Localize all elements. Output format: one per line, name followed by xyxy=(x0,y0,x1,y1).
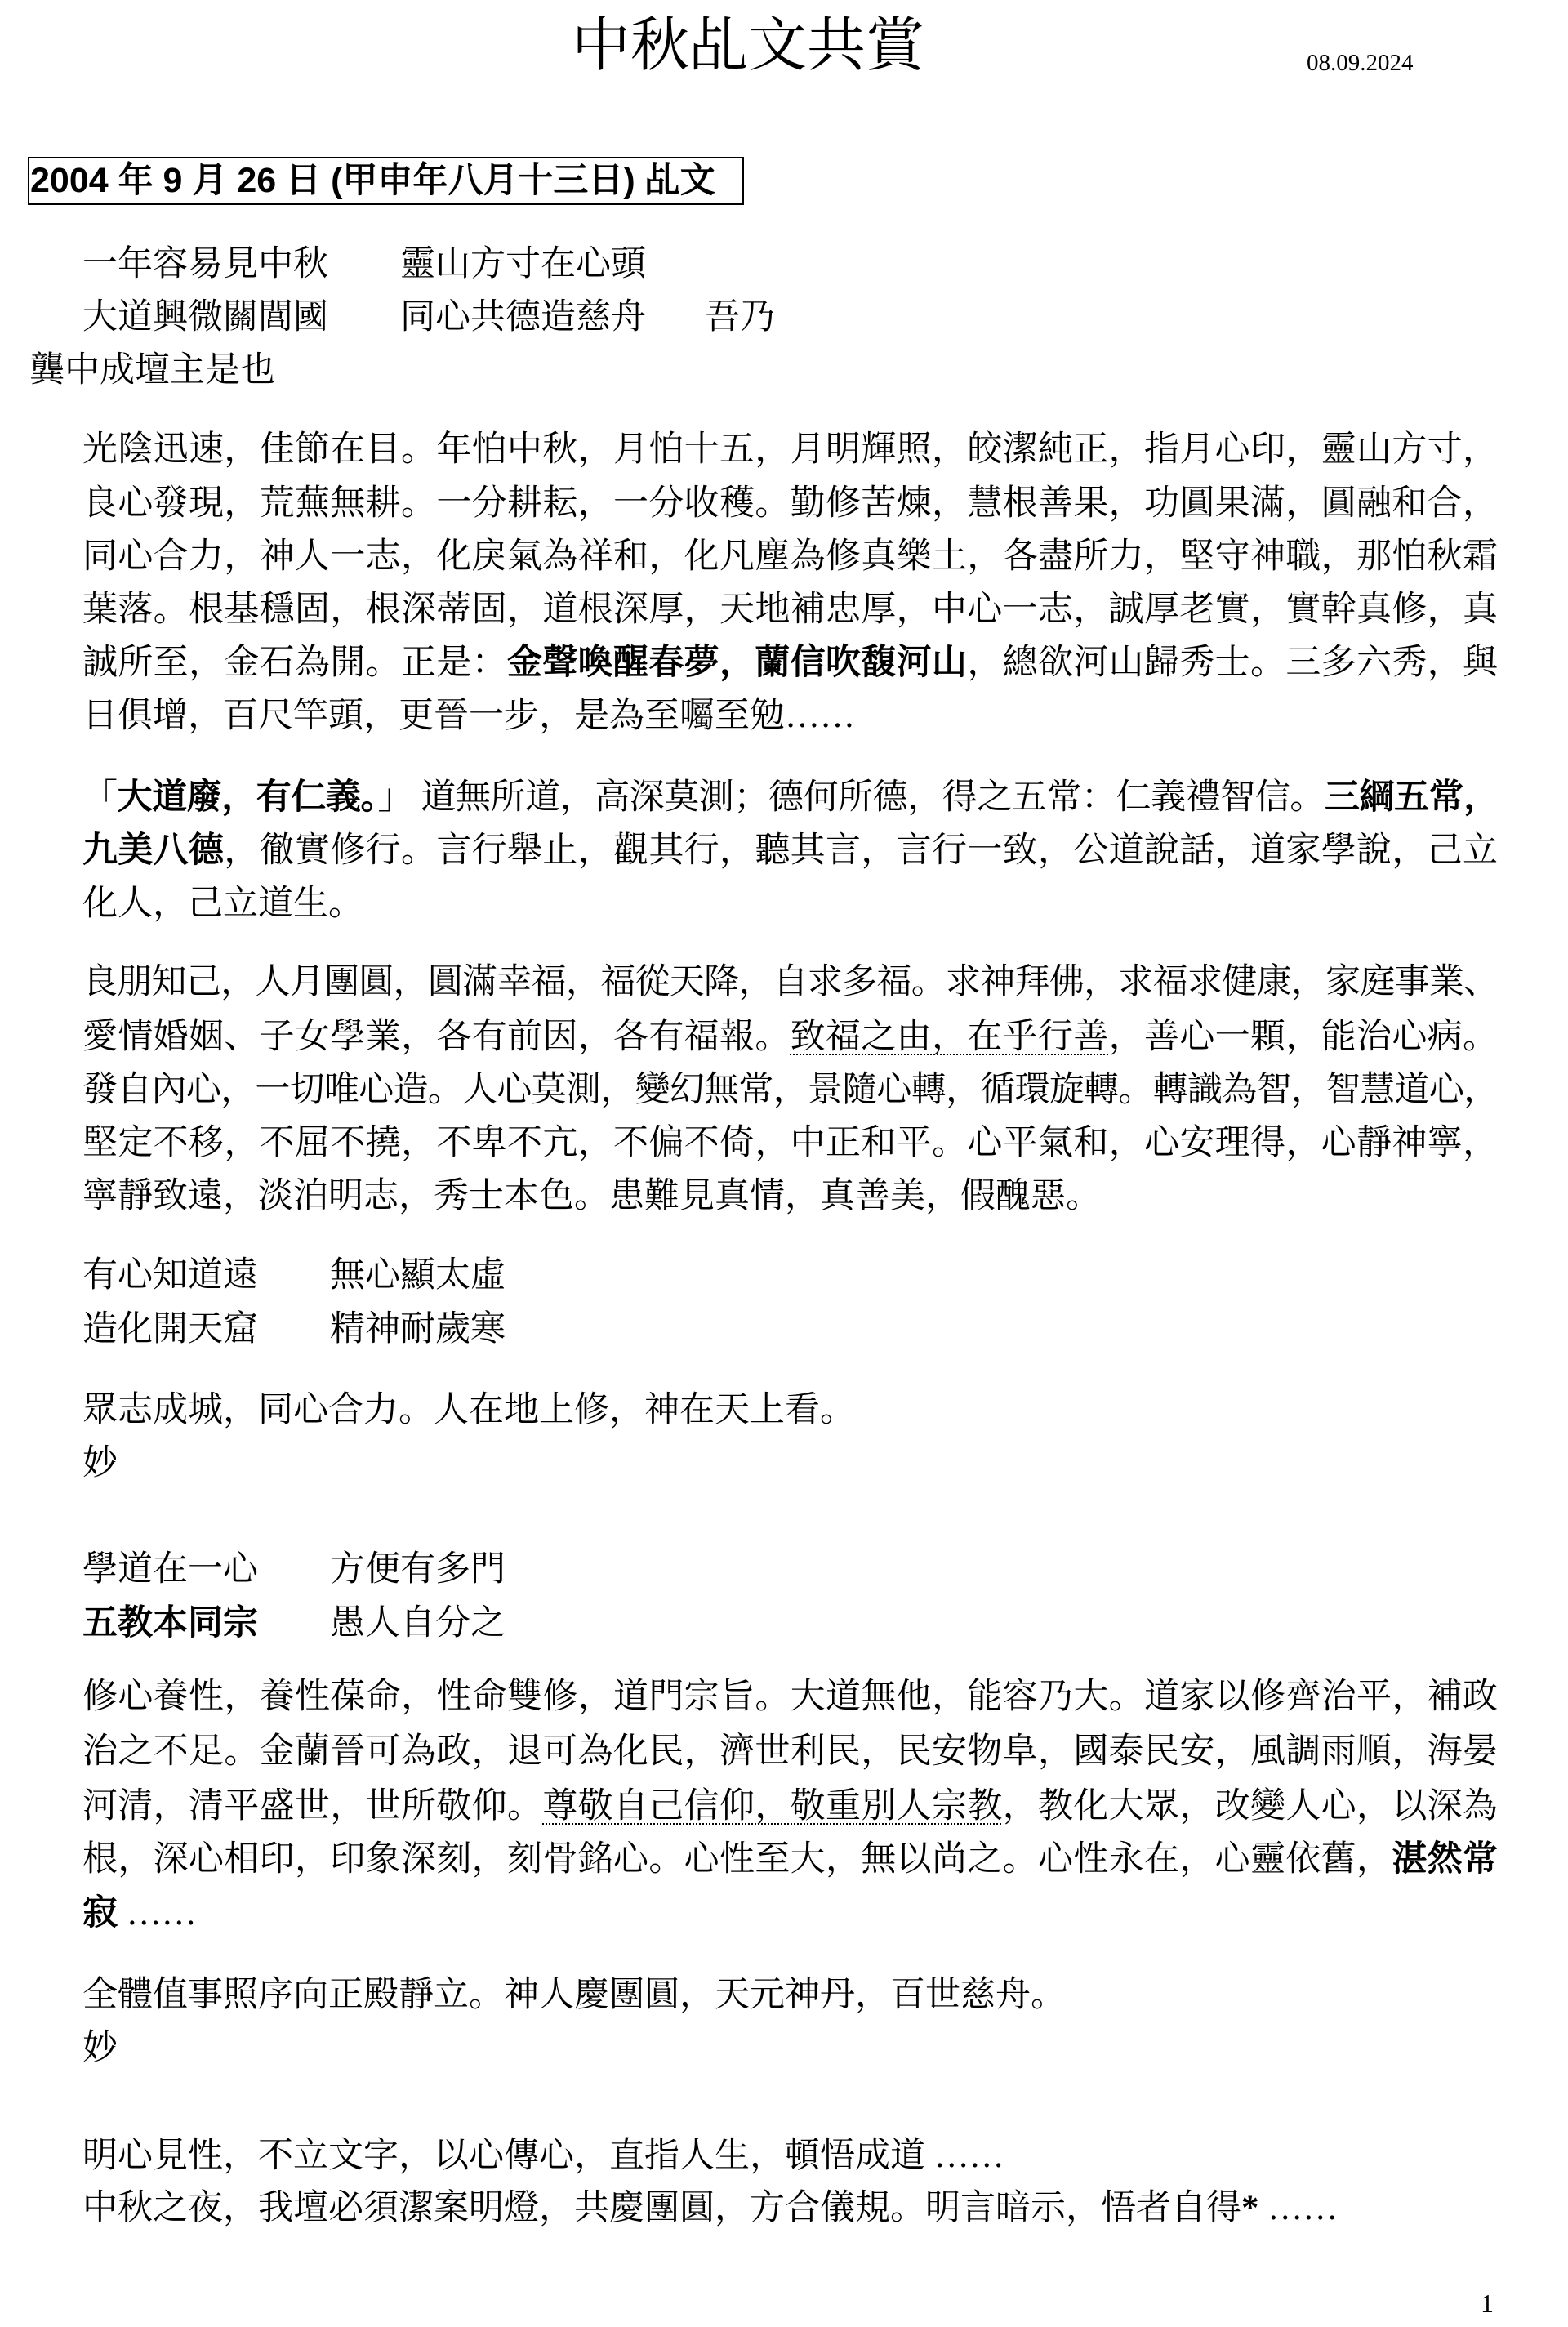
paragraph-line: 誠所至，金石為開。正是：金聲喚醒春夢，蘭信吹馥河山，總欲河山歸秀士。三多六秀，與 xyxy=(82,637,1498,689)
poem-line-right: 精神耐歲寒 xyxy=(330,1304,506,1356)
paragraph-line: 葉落。根基穩固，根深蒂固，道根深厚，天地補忠厚，中心一志，誠厚老實，實幹真修，真 xyxy=(82,584,1498,636)
poem-line-right: 方便有多門 xyxy=(330,1544,506,1596)
text-run: 發自內心，一切唯心造。人心莫測，變幻無常，景隨心轉，循環旋轉。轉識為智，智慧道心… xyxy=(82,1071,1498,1109)
paragraph-line: 修心養性，養性葆命，性命雙修，道門宗旨。大道無他，能容乃大。道家以修齊治平，補政 xyxy=(82,1671,1498,1723)
paragraph-line: 明心見性，不立文字，以心傳心，直指人生，頓悟成道 …… xyxy=(82,2130,1498,2182)
text-run: 化人，己立道生。 xyxy=(82,885,363,923)
paragraph-line: 日俱增，百尺竿頭，更晉一步，是為至囑至勉…… xyxy=(82,690,1498,742)
paragraph-line: 光陰迅速，佳節在目。年怕中秋，月怕十五，月明輝照，皎潔純正，指月心印，靈山方寸， xyxy=(82,424,1498,476)
text-run: 明心見性，不立文字，以心傳心，直指人生，頓悟成道 …… xyxy=(82,2137,1004,2175)
poem-line-right: 無心顯太虛 xyxy=(330,1250,506,1302)
text-run: ，教化大眾，改變人心，以深為 xyxy=(1003,1787,1498,1825)
paragraph-line: 寧靜致遠，淡泊明志，秀士本色。患難見真情，真善美，假醜惡。 xyxy=(82,1170,1498,1223)
paragraph-line: 良朋知己，人月團圓，圓滿幸福，福從天降，自求多福。求神拜佛，求福求健康，家庭事業… xyxy=(82,956,1498,1009)
paragraph-line: 全體值事照序向正殿靜立。神人慶團圓，天元神丹，百世慈舟。 xyxy=(82,1969,1498,2022)
poem-line-right: 同心共德造慈舟 xyxy=(400,292,646,344)
text-run: ，善心一顆，能治心病。 xyxy=(1109,1018,1498,1056)
paragraph-line: 治之不足。金蘭晉可為政，退可為化民，濟世利民，民安物阜，國泰民安，風調雨順，海晏 xyxy=(82,1726,1498,1778)
asterisk-mark: * xyxy=(1241,2189,1259,2227)
poem-line-left: 有心知道遠 xyxy=(82,1250,258,1302)
paragraph-line: 發自內心，一切唯心造。人心莫測，變幻無常，景隨心轉，循環旋轉。轉識為智，智慧道心… xyxy=(82,1064,1498,1117)
text-run: 」 道無所道，高深莫測；德何所德，得之五常：仁義禮智信。 xyxy=(378,778,1325,817)
page-title: 中秋乩文共賞 xyxy=(572,15,924,77)
poem-line-right: 靈山方寸在心頭 xyxy=(400,238,646,291)
dotted-underline-emphasis: 尊敬自己信仰，敬重別人宗教 xyxy=(542,1787,1002,1825)
text-run: 堅定不移，不屈不撓，不卑不亢，不偏不倚，中正和平。心平氣和，心安理得，心靜神寧， xyxy=(82,1124,1498,1162)
dotted-underline-emphasis: 致福之由，在乎行善 xyxy=(791,1018,1109,1056)
text-run: 同心合力，神人一志，化戾氣為祥和，化凡塵為修真樂土，各盡所力，堅守神職，那怕秋霜 xyxy=(82,537,1498,576)
paragraph-line: 九美八德，徹實修行。言行舉止，觀其行，聽其言，言行一致，公道說話，道家學說，己立 xyxy=(82,825,1498,877)
bold-emphasis: 寂 xyxy=(82,1894,118,1932)
section-heading: 2004 年 9 月 26 日 (甲申年八月十三日) 乩文 xyxy=(28,157,744,205)
signature: 龔中成壇主是也 xyxy=(29,345,275,397)
text-run: 中秋之夜，我壇必須潔案明燈，共慶團圓，方合儀規。明言暗示，悟者自得 xyxy=(82,2189,1241,2227)
paragraph-line: 「大道廢，有仁義。」 道無所道，高深莫測；德何所德，得之五常：仁義禮智信。三綱五… xyxy=(82,772,1498,824)
text-run: 寧靜致遠，淡泊明志，秀士本色。患難見真情，真善美，假醜惡。 xyxy=(82,1177,1101,1215)
paragraph-line: 根，深心相印，印象深刻，刻骨銘心。心性至大，無以尚之。心性永在，心靈依舊，湛然常 xyxy=(82,1834,1498,1886)
paragraph-line: 寂 …… xyxy=(82,1888,1498,1940)
document-date: 08.09.2024 xyxy=(1307,51,1414,75)
text-run: 眾志成城，同心合力。人在地上修，神在天上看。 xyxy=(82,1391,855,1429)
paragraph-line: 愛情婚姻、子女學業，各有前因，各有福報。致福之由，在乎行善，善心一顆，能治心病。 xyxy=(82,1011,1498,1063)
paragraph-line: 良心發現，荒蕪無耕。一分耕耘，一分收穫。勤修苦煉，慧根善果，功圓果滿，圓融和合， xyxy=(82,478,1498,530)
text-run: 修心養性，養性葆命，性命雙修，道門宗旨。大道無他，能容乃大。道家以修齊治平，補政 xyxy=(82,1678,1498,1716)
text-run: 良心發現，荒蕪無耕。一分耕耘，一分收穫。勤修苦煉，慧根善果，功圓果滿，圓融和合， xyxy=(82,484,1498,523)
text-run: 愛情婚姻、子女學業，各有前因，各有福報。 xyxy=(82,1018,791,1056)
text-run: 根，深心相印，印象深刻，刻骨銘心。心性至大，無以尚之。心性永在，心靈依舊， xyxy=(82,1840,1392,1879)
text-run: 葉落。根基穩固，根深蒂固，道根深厚，天地補忠厚，中心一志，誠厚老實，實幹真修，真 xyxy=(82,591,1498,629)
paragraph-line: 河清，清平盛世，世所敬仰。尊敬自己信仰，敬重別人宗教，教化大眾，改變人心，以深為 xyxy=(82,1781,1498,1833)
text-run: 誠所至，金石為開。正是： xyxy=(82,644,507,682)
poem-line-left: 一年容易見中秋 xyxy=(82,238,328,291)
text-run: …… xyxy=(1259,2189,1339,2227)
bold-emphasis: 大道廢，有仁義。 xyxy=(118,778,378,817)
text-run: 光陰迅速，佳節在目。年怕中秋，月怕十五，月明輝照，皎潔純正，指月心印，靈山方寸， xyxy=(82,430,1498,469)
document-page: 中秋乩文共賞 08.09.2024 2004 年 9 月 26 日 (甲申年八月… xyxy=(0,0,1568,2327)
text-run: …… xyxy=(118,1894,197,1932)
text-run: 良朋知己，人月團圓，圓滿幸福，福從天降，自求多福。求神拜佛，求福求健康，家庭事業… xyxy=(82,963,1498,1001)
text-run: ，徹實修行。言行舉止，觀其行，聽其言，言行一致，公道說話，道家學說，己立 xyxy=(224,831,1498,870)
closing-word: 妙 xyxy=(82,1438,1498,1490)
bold-emphasis: 金聲喚醒春夢，蘭信吹馥河山 xyxy=(507,644,967,682)
text-run: 河清，清平盛世，世所敬仰。 xyxy=(82,1787,542,1825)
paragraph-line: 眾志成城，同心合力。人在地上修，神在天上看。 xyxy=(82,1384,1498,1437)
bold-emphasis: 湛然常 xyxy=(1392,1840,1498,1879)
text-run: ，總欲河山歸秀士。三多六秀，與 xyxy=(967,644,1498,682)
text-run: 全體值事照序向正殿靜立。神人慶團圓，天元神丹，百世慈舟。 xyxy=(82,1976,1066,2014)
closing-word: 妙 xyxy=(82,2022,1498,2075)
poem-line-left: 學道在一心 xyxy=(82,1544,258,1596)
bold-emphasis: 三綱五常， xyxy=(1325,778,1498,817)
poem-line-left-bold: 五教本同宗 xyxy=(82,1598,258,1650)
page-number: 1 xyxy=(1481,2290,1494,2316)
poem-line-tail: 吾乃 xyxy=(705,292,775,344)
poem-line-left: 大道興微關閭國 xyxy=(82,292,328,344)
paragraph-line: 同心合力，神人一志，化戾氣為祥和，化凡塵為修真樂土，各盡所力，堅守神職，那怕秋霜 xyxy=(82,531,1498,583)
poem-line-left: 造化開天窟 xyxy=(82,1304,258,1356)
bold-emphasis: 九美八德 xyxy=(82,831,224,870)
paragraph-line: 中秋之夜，我壇必須潔案明燈，共慶團圓，方合儀規。明言暗示，悟者自得* …… xyxy=(82,2182,1498,2235)
text-run: 「 xyxy=(82,778,118,817)
text-run: 日俱增，百尺竿頭，更晉一步，是為至囑至勉…… xyxy=(82,697,855,735)
paragraph-line: 化人，己立道生。 xyxy=(82,878,1498,930)
paragraph-line: 堅定不移，不屈不撓，不卑不亢，不偏不倚，中正和平。心平氣和，心安理得，心靜神寧， xyxy=(82,1117,1498,1170)
poem-line-right: 愚人自分之 xyxy=(330,1598,506,1650)
text-run: 治之不足。金蘭晉可為政，退可為化民，濟世利民，民安物阜，國泰民安，風調雨順，海晏 xyxy=(82,1732,1498,1771)
